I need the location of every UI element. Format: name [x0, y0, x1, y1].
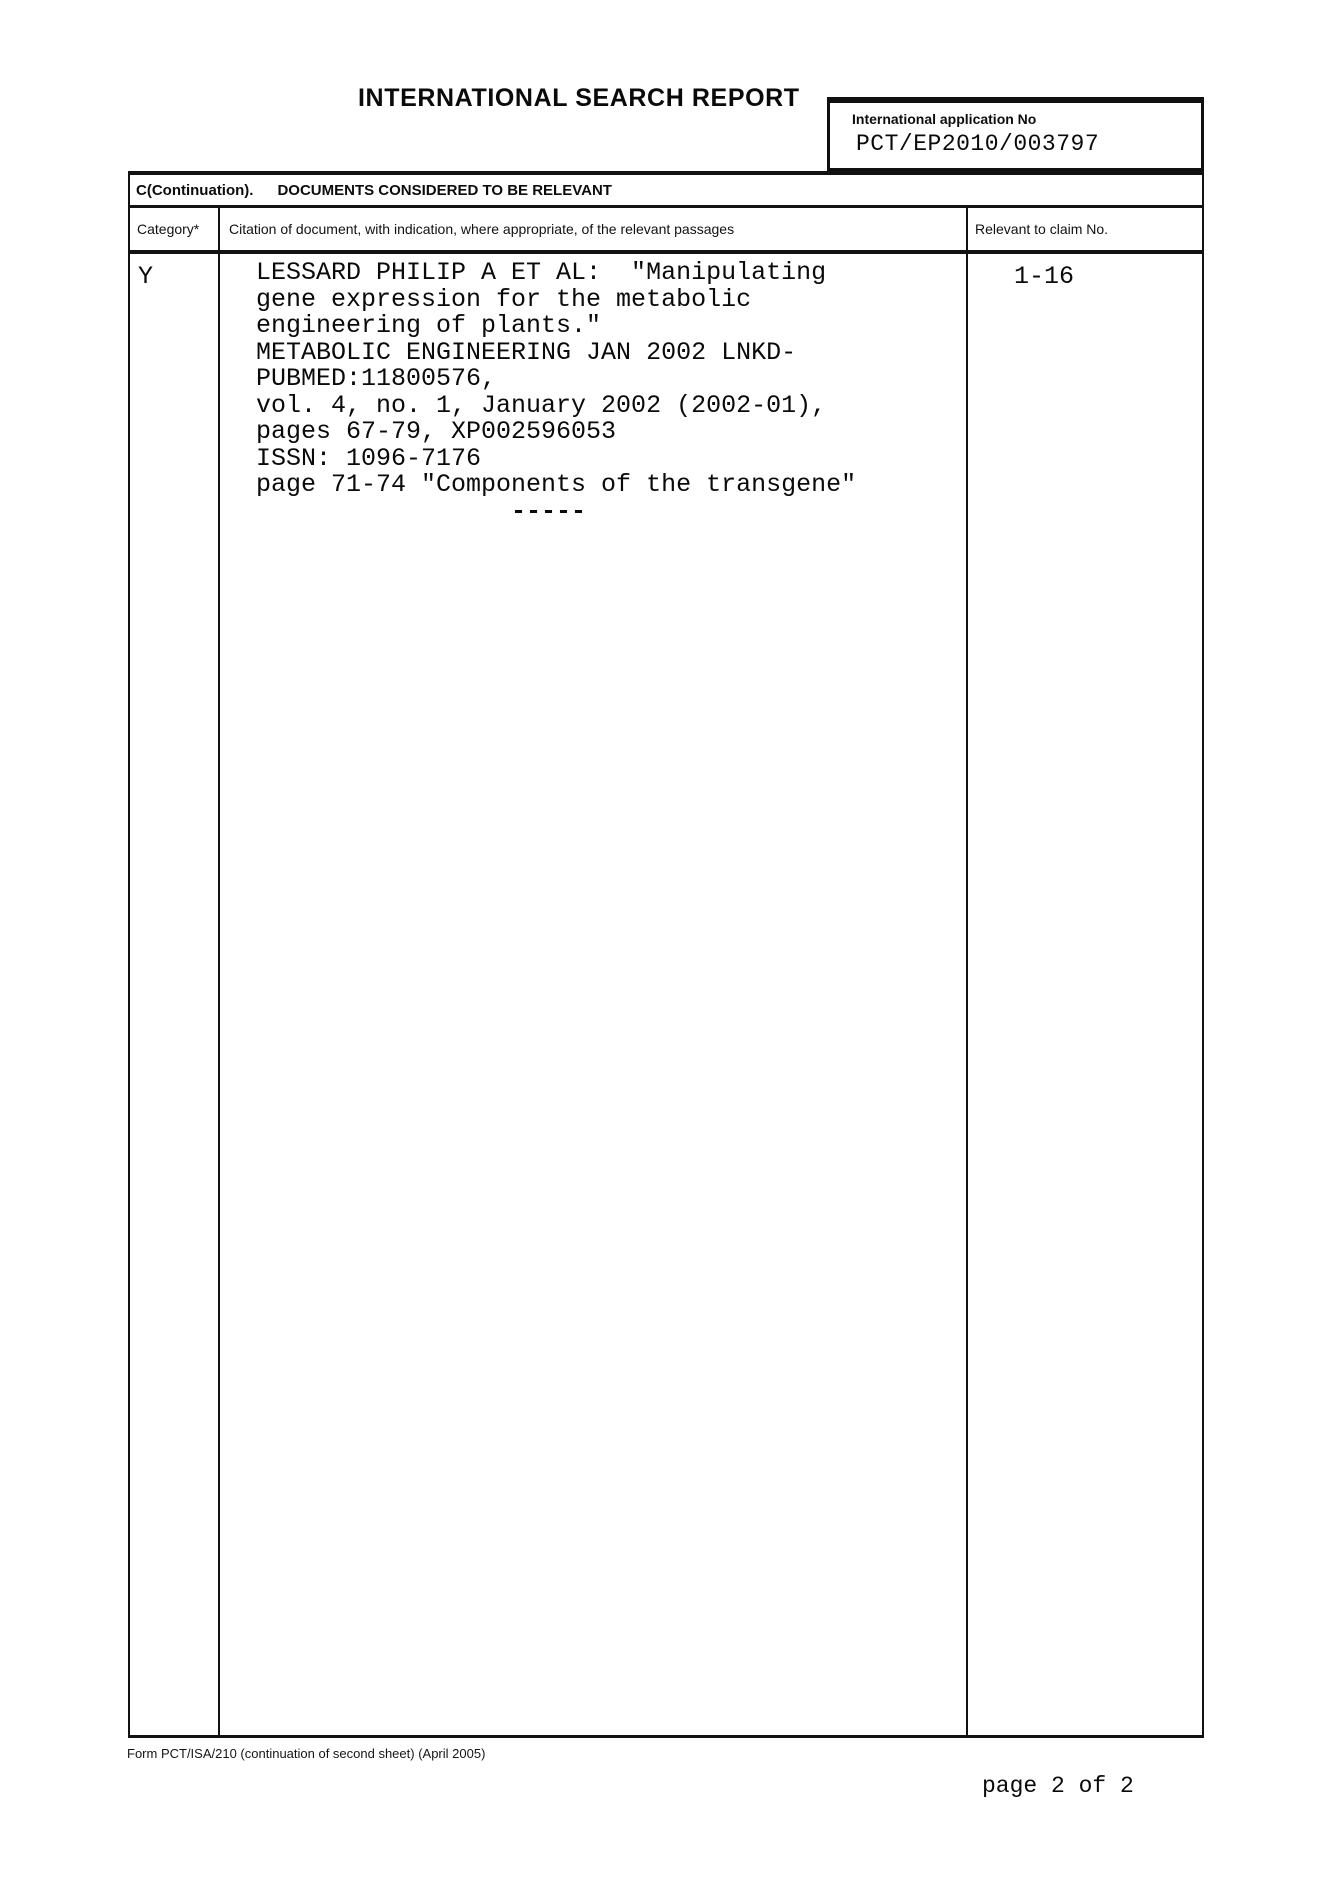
page-indicator: page 2 of 2	[982, 1773, 1134, 1799]
application-number-value: PCT/EP2010/003797	[856, 131, 1201, 157]
documents-considered-table: C(Continuation). DOCUMENTS CONSIDERED TO…	[128, 171, 1204, 1738]
relevant-claims-cell: 1-16	[968, 254, 1202, 1735]
table-row: Y LESSARD PHILIP A ET AL: "Manipulating …	[130, 254, 1202, 1735]
section-title: DOCUMENTS CONSIDERED TO BE RELEVANT	[277, 182, 611, 199]
form-identifier: Form PCT/ISA/210 (continuation of second…	[127, 1746, 485, 1761]
search-report-page: INTERNATIONAL SEARCH REPORT Internationa…	[0, 0, 1338, 1893]
column-header-category: Category*	[130, 208, 220, 250]
table-header-row: Category* Citation of document, with ind…	[130, 208, 1202, 254]
table-section-header: C(Continuation). DOCUMENTS CONSIDERED TO…	[130, 175, 1202, 208]
citation-text: LESSARD PHILIP A ET AL: "Manipulating ge…	[220, 254, 966, 499]
category-cell: Y	[130, 254, 220, 1735]
column-header-relevant-claims: Relevant to claim No.	[968, 208, 1202, 250]
continuation-label: C(Continuation).	[136, 182, 253, 199]
application-number-label: International application No	[852, 111, 1201, 127]
column-header-citation: Citation of document, with indication, w…	[220, 208, 968, 250]
citation-end-separator: -----	[220, 499, 966, 526]
application-number-box: International application No PCT/EP2010/…	[827, 97, 1204, 171]
citation-cell: LESSARD PHILIP A ET AL: "Manipulating ge…	[220, 254, 968, 1735]
page-title: INTERNATIONAL SEARCH REPORT	[358, 84, 800, 113]
